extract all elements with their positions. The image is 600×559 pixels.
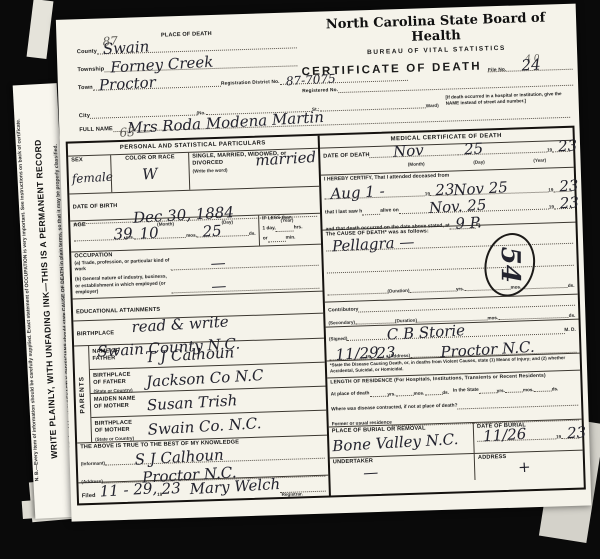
secondary-label: (Secondary) bbox=[328, 320, 355, 326]
registrar-signature: Mary Welch bbox=[189, 477, 280, 497]
contracted-label: Where was disease contracted, if not at … bbox=[331, 403, 457, 413]
age-months-value: 10 bbox=[140, 226, 160, 242]
last-saw-year: 23 bbox=[559, 195, 579, 211]
registration-district-label: Registration District No. bbox=[221, 80, 280, 87]
informant-label: (Informant) bbox=[81, 461, 105, 467]
res-mos2: mos. bbox=[523, 387, 534, 392]
dod-month-value: Nov bbox=[393, 143, 424, 160]
medical-column: MEDICAL CERTIFICATE OF DEATH DATE OF DEA… bbox=[320, 128, 584, 496]
certify-block: I HEREBY CERTIFY, That I attended deceas… bbox=[321, 168, 576, 231]
signed-label: (Signed) bbox=[329, 336, 348, 342]
filed-date-value: 11 - 29, bbox=[99, 481, 157, 499]
residence-block: LENGTH OF RESIDENCE (For Hospitals, Inst… bbox=[327, 371, 581, 428]
personal-column: PERSONAL AND STATISTICAL PARTICULARS SEX… bbox=[68, 136, 331, 504]
age-ds-unit: ds. bbox=[249, 231, 256, 236]
dod-year-value: 23 bbox=[558, 138, 578, 154]
contributory-label: Contributory bbox=[328, 306, 358, 313]
mother-name-label: MAIDEN NAME OF MOTHER bbox=[94, 395, 140, 411]
age-mos-unit: mos. bbox=[186, 233, 197, 238]
res-ds1: ds. bbox=[442, 390, 449, 395]
cause-value: Pellagra — bbox=[332, 235, 415, 255]
occupation-b-label: (b) General nature of industry, business… bbox=[75, 275, 172, 297]
contrib-ds-unit: ds. bbox=[569, 313, 576, 318]
dod-year-sub: (Year) bbox=[533, 158, 546, 163]
min-label: min. bbox=[286, 235, 296, 242]
township-label: Township bbox=[77, 66, 104, 73]
full-name-label: FULL NAME bbox=[79, 126, 113, 133]
paper-edge-top-left bbox=[27, 0, 54, 59]
attended-from-value: Aug 1 - bbox=[330, 184, 385, 202]
occupation-a-label: (a) Trade, profession, or particular kin… bbox=[74, 258, 170, 273]
last-saw-label: that I last saw h bbox=[325, 209, 362, 217]
dod-day-sub: (Day) bbox=[473, 159, 485, 164]
certificate-body: PERSONAL AND STATISTICAL PARTICULARS SEX… bbox=[66, 126, 586, 506]
county-stamp: 87 bbox=[102, 26, 276, 48]
burial-date-value: 11/26 bbox=[483, 427, 527, 444]
parents-label: PARENTS bbox=[79, 375, 87, 413]
town-label: Town bbox=[78, 85, 93, 91]
township-value: Forney Creek bbox=[110, 55, 214, 76]
age-years-value: 39 bbox=[113, 226, 133, 242]
registrar-label: Registrar. bbox=[282, 491, 303, 497]
file-no-value: 24 bbox=[521, 57, 541, 73]
education-label: EDUCATIONAL ATTAINMENTS bbox=[76, 307, 160, 316]
race-value: W bbox=[115, 165, 186, 184]
burial-year-value: 23 bbox=[567, 425, 587, 441]
birthplace-label: BIRTHPLACE bbox=[77, 330, 115, 337]
cause-duration-label: (Duration) bbox=[387, 288, 409, 294]
hrs-label: hrs. bbox=[294, 225, 303, 232]
father-name-value: T J Calhoun bbox=[145, 345, 235, 365]
race-label: COLOR OR RACE bbox=[115, 154, 186, 162]
dob-label: DATE OF BIRTH bbox=[73, 203, 118, 210]
res-yrs2: yrs. bbox=[497, 388, 505, 393]
filed-label: Filed bbox=[82, 493, 96, 499]
physician-signature: C B Storie bbox=[387, 323, 466, 342]
sex-value: female bbox=[72, 171, 109, 185]
county-label: County bbox=[77, 49, 97, 56]
burial-place-value: Bone Valley N.C. bbox=[332, 431, 471, 454]
dod-month-sub: (Month) bbox=[408, 161, 425, 167]
contrib-mos-unit: mos. bbox=[487, 315, 498, 320]
last-saw-label2: alive on bbox=[380, 207, 399, 214]
attended-to-year: 23 bbox=[559, 178, 579, 194]
registered-no-label: Registered No. bbox=[302, 88, 338, 94]
contrib-duration-label: (Duration) bbox=[395, 318, 417, 324]
town-value: Proctor bbox=[98, 75, 156, 93]
marital-value: married bbox=[255, 150, 317, 168]
certificate-title: CERTIFICATE OF DEATH bbox=[301, 61, 482, 79]
undertaker-address-value: + bbox=[518, 457, 581, 476]
mother-name-value: Susan Trish bbox=[147, 393, 238, 413]
certificate-header: PLACE OF DEATH County Swain 87 Township … bbox=[62, 8, 574, 140]
date-of-death-label: DATE OF DEATH bbox=[323, 152, 370, 159]
mother-birthplace-label: BIRTHPLACE OF MOTHER bbox=[94, 419, 140, 435]
filed-year-value: 23 bbox=[162, 481, 182, 497]
occupation-a-value: — bbox=[210, 256, 226, 272]
res-yrs1: yrs. bbox=[387, 391, 395, 396]
father-birthplace-label: BIRTHPLACE OF FATHER bbox=[93, 371, 139, 387]
dod-day-value: 25 bbox=[464, 141, 484, 157]
city-label: City bbox=[79, 113, 90, 119]
county-line: County Swain 87 bbox=[77, 38, 297, 55]
scanned-death-certificate: N. B.—Every item of information should b… bbox=[0, 0, 600, 559]
cause-of-death-block: The CAUSE OF DEATH* was as follows: Pell… bbox=[323, 223, 578, 303]
occupation-row: OCCUPATION (a) Trade, profession, or par… bbox=[71, 245, 322, 300]
age-days-value: 25 bbox=[202, 224, 222, 240]
township-line: Township Forney Creek bbox=[77, 56, 297, 73]
md-label: M. D. bbox=[564, 327, 576, 334]
occupation-b-value: — bbox=[211, 279, 227, 295]
father-name-label: NAME OF FATHER bbox=[92, 347, 138, 363]
sex-label: SEX bbox=[71, 156, 108, 163]
cause-ds-unit: ds. bbox=[568, 283, 575, 288]
cause-yrs-unit: yrs. bbox=[456, 286, 464, 291]
org-name: North Carolina State Board of Health bbox=[300, 10, 572, 48]
res-ds2: ds. bbox=[552, 386, 559, 391]
at-place-label: At place of death bbox=[331, 391, 370, 398]
parents-block: PARENTS NAME OF FATHER T J Calhoun BIRTH… bbox=[74, 339, 327, 444]
res-mos1: mos. bbox=[413, 391, 424, 396]
certificate-sheet: PLACE OF DEATH County Swain 87 Township … bbox=[56, 4, 592, 522]
in-state-label: In the State bbox=[453, 388, 479, 395]
file-no-label: File No. bbox=[488, 68, 507, 74]
